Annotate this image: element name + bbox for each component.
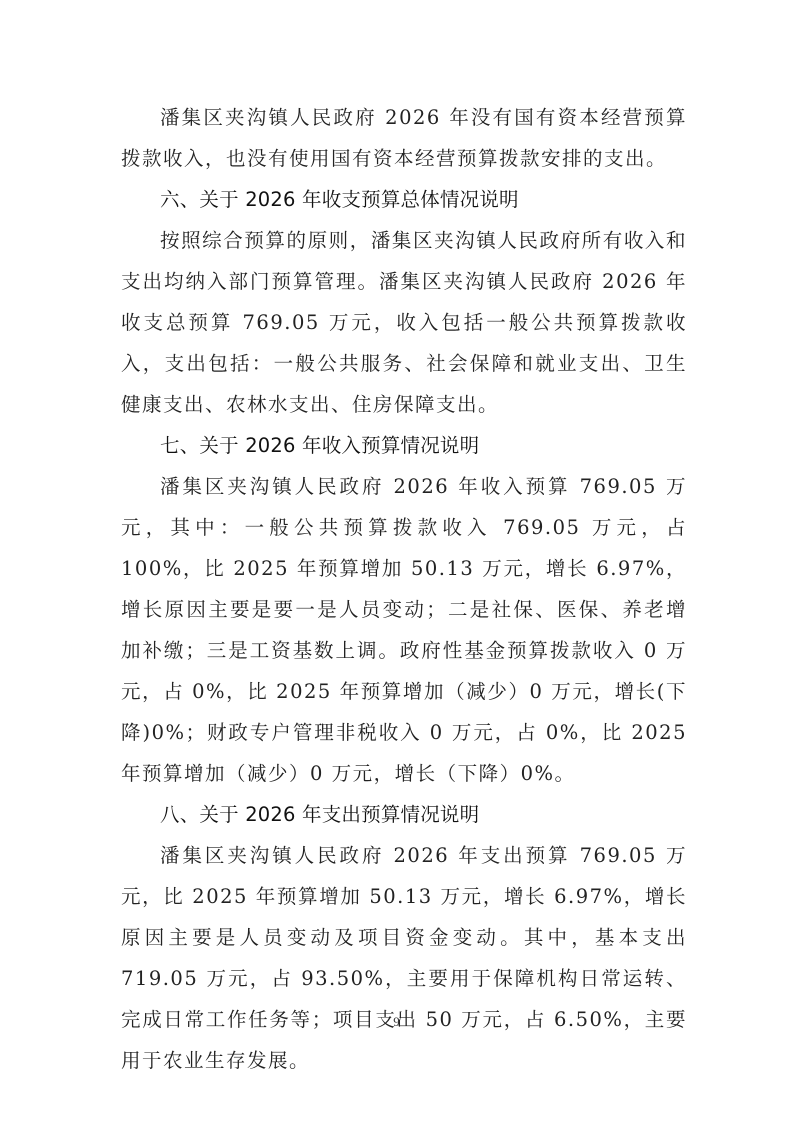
heading-section-7: 七、关于 2026 年收入预算情况说明 <box>121 425 687 466</box>
page-number: 9 <box>0 1014 793 1030</box>
heading-section-6: 六、关于 2026 年收支预算总体情况说明 <box>121 179 687 220</box>
document-page: 潘集区夹沟镇人民政府 2026 年没有国有资本经营预算拨款收入，也没有使用国有资… <box>121 97 687 1081</box>
heading-section-8: 八、关于 2026 年支出预算情况说明 <box>121 794 687 835</box>
paragraph-expenditure-budget: 潘集区夹沟镇人民政府 2026 年支出预算 769.05 万元，比 2025 年… <box>121 835 687 1081</box>
paragraph-overall-budget: 按照综合预算的原则，潘集区夹沟镇人民政府所有收入和支出均纳入部门预算管理。潘集区… <box>121 220 687 425</box>
paragraph-state-capital: 潘集区夹沟镇人民政府 2026 年没有国有资本经营预算拨款收入，也没有使用国有资… <box>121 97 687 179</box>
paragraph-income-budget: 潘集区夹沟镇人民政府 2026 年收入预算 769.05 万元，其中：一般公共预… <box>121 466 687 794</box>
